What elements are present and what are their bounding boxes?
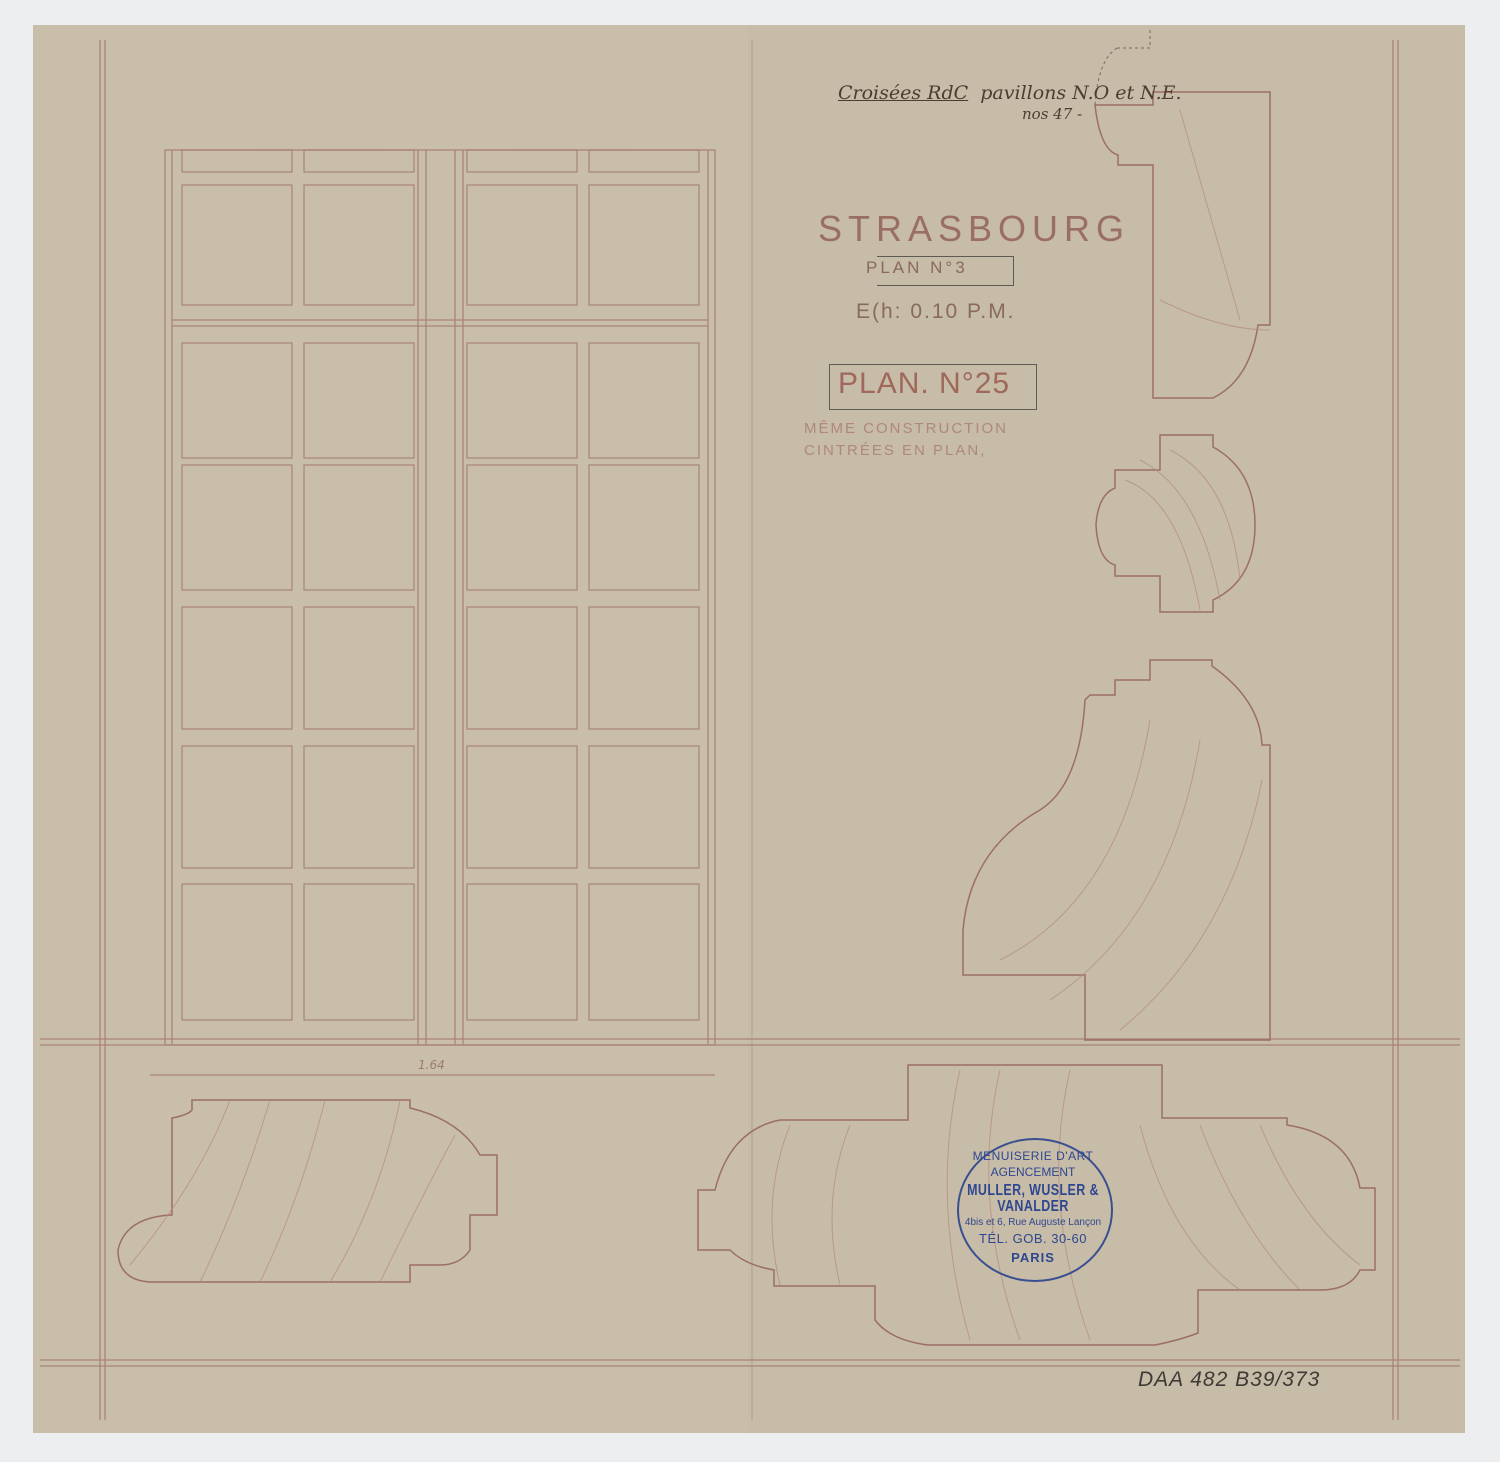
scale-label: E(h: 0.10 P.M. [856,300,1016,324]
dimension-label: 1.64 [418,1058,445,1072]
archive-reference: DAA 482 B39/373 [1138,1368,1320,1392]
stamp-line-1: MENUISERIE D'ART [920,1150,1146,1162]
stamp-line-3: MULLER, WUSLER & VANALDER [945,1183,1121,1215]
note-line-2: CINTRÉES EN PLAN, [804,442,986,459]
stamp-line-6: PARIS [920,1251,1146,1264]
stamp-line-5: TÉL. GOB. 30-60 [920,1232,1146,1245]
plan-number-label: PLAN. N°25 [838,367,1010,401]
company-stamp-text: MENUISERIE D'ART AGENCEMENT MULLER, WUSL… [920,1140,1146,1264]
city-label: STRASBOURG [818,208,1130,250]
note-line-1: MÊME CONSTRUCTION [804,420,1008,437]
plan-ref-label: PLAN N°3 [866,258,968,278]
window-elevation-and-profiles [0,0,1500,1462]
header-title: Croisées RdC pavillons N.O et N.E. [838,82,1182,104]
stamp-line-4: 4bis et 6, Rue Auguste Lançon [920,1218,1146,1228]
stamp-line-2: AGENCEMENT [920,1166,1146,1178]
header-subtitle: nos 47 - [1022,105,1082,123]
